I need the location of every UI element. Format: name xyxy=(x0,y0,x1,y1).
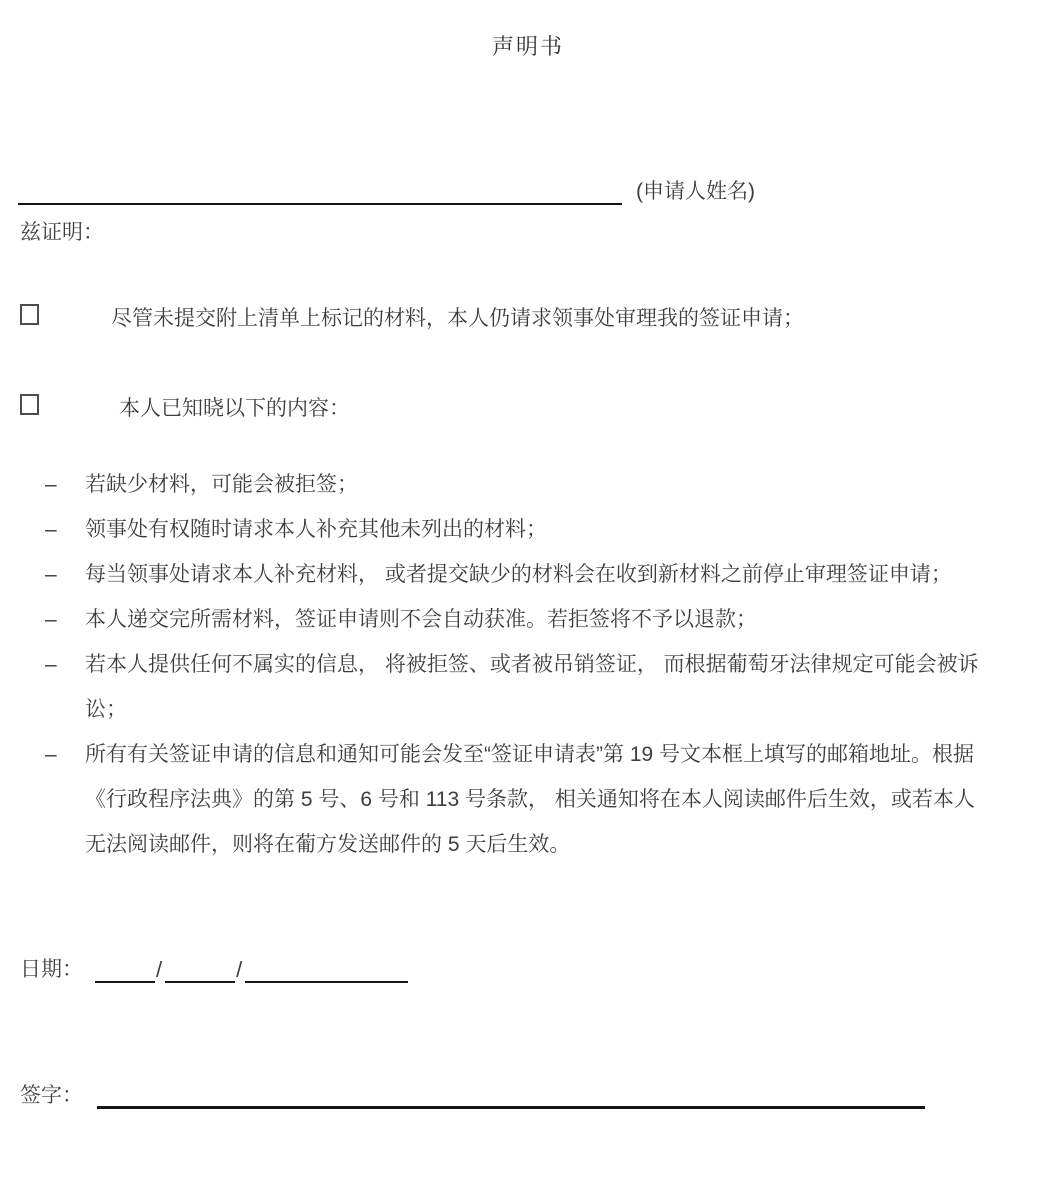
list-item: – 领事处有权随时请求本人补充其他未列出的材料； xyxy=(0,507,1056,552)
list-item-text: 本人递交完所需材料，签证申请则不会自动获准。若拒签将不予以退款； xyxy=(85,597,994,642)
list-item-text: 所有有关签证申请的信息和通知可能会发至“签证申请表”第 19 号文本框上填写的邮… xyxy=(85,732,994,867)
dash-bullet-icon: – xyxy=(45,597,85,642)
list-item-text: 若缺少材料，可能会被拒签； xyxy=(85,462,994,507)
document-title: 声明书 xyxy=(0,30,1056,61)
checkbox-icon[interactable] xyxy=(20,394,39,415)
date-label: 日期： xyxy=(20,953,83,983)
date-separator: / xyxy=(156,957,162,983)
dash-bullet-icon: – xyxy=(45,732,85,777)
signature-line: 签字： xyxy=(20,1077,1056,1109)
checkbox-row-acknowledge: 本人已知晓以下的内容： xyxy=(20,392,1056,422)
list-item-text: 每当领事处请求本人补充材料， 或者提交缺少的材料会在收到新材料之前停止审理签证申… xyxy=(85,552,994,597)
date-month-field[interactable] xyxy=(165,957,235,983)
certify-heading: 兹证明： xyxy=(20,216,1056,246)
checkbox-label: 尽管未提交附上清单上标记的材料，本人仍请求领事处审理我的签证申请； xyxy=(111,302,804,332)
declaration-document: 声明书 (申请人姓名) 兹证明： 尽管未提交附上清单上标记的材料，本人仍请求领事… xyxy=(0,0,1056,1200)
applicant-name-line: (申请人姓名) xyxy=(18,175,1056,205)
list-item: – 若本人提供任何不属实的信息， 将被拒签、或者被吊销签证， 而根据葡萄牙法律规… xyxy=(0,642,1056,732)
checkbox-row-request-review: 尽管未提交附上清单上标记的材料，本人仍请求领事处审理我的签证申请； xyxy=(20,302,1056,332)
signature-label: 签字： xyxy=(20,1079,83,1109)
dash-bullet-icon: – xyxy=(45,507,85,552)
checkbox-label: 本人已知晓以下的内容： xyxy=(119,392,350,422)
list-item: – 每当领事处请求本人补充材料， 或者提交缺少的材料会在收到新材料之前停止审理签… xyxy=(0,552,1056,597)
applicant-name-field[interactable] xyxy=(18,179,622,205)
list-item: – 本人递交完所需材料，签证申请则不会自动获准。若拒签将不予以退款； xyxy=(0,597,1056,642)
list-item: – 所有有关签证申请的信息和通知可能会发至“签证申请表”第 19 号文本框上填写… xyxy=(0,732,1056,867)
signature-field[interactable] xyxy=(97,1080,925,1109)
date-separator: / xyxy=(236,957,242,983)
acknowledgement-list: – 若缺少材料，可能会被拒签； – 领事处有权随时请求本人补充其他未列出的材料；… xyxy=(0,462,1056,867)
date-day-field[interactable] xyxy=(95,957,155,983)
list-item-text: 领事处有权随时请求本人补充其他未列出的材料； xyxy=(85,507,994,552)
checkbox-icon[interactable] xyxy=(20,304,39,325)
applicant-name-label: (申请人姓名) xyxy=(636,175,755,205)
date-year-field[interactable] xyxy=(245,957,408,983)
dash-bullet-icon: – xyxy=(45,642,85,687)
date-line: 日期： / / xyxy=(20,953,1056,983)
list-item-text: 若本人提供任何不属实的信息， 将被拒签、或者被吊销签证， 而根据葡萄牙法律规定可… xyxy=(85,642,994,732)
list-item: – 若缺少材料，可能会被拒签； xyxy=(0,462,1056,507)
dash-bullet-icon: – xyxy=(45,552,85,597)
dash-bullet-icon: – xyxy=(45,462,85,507)
